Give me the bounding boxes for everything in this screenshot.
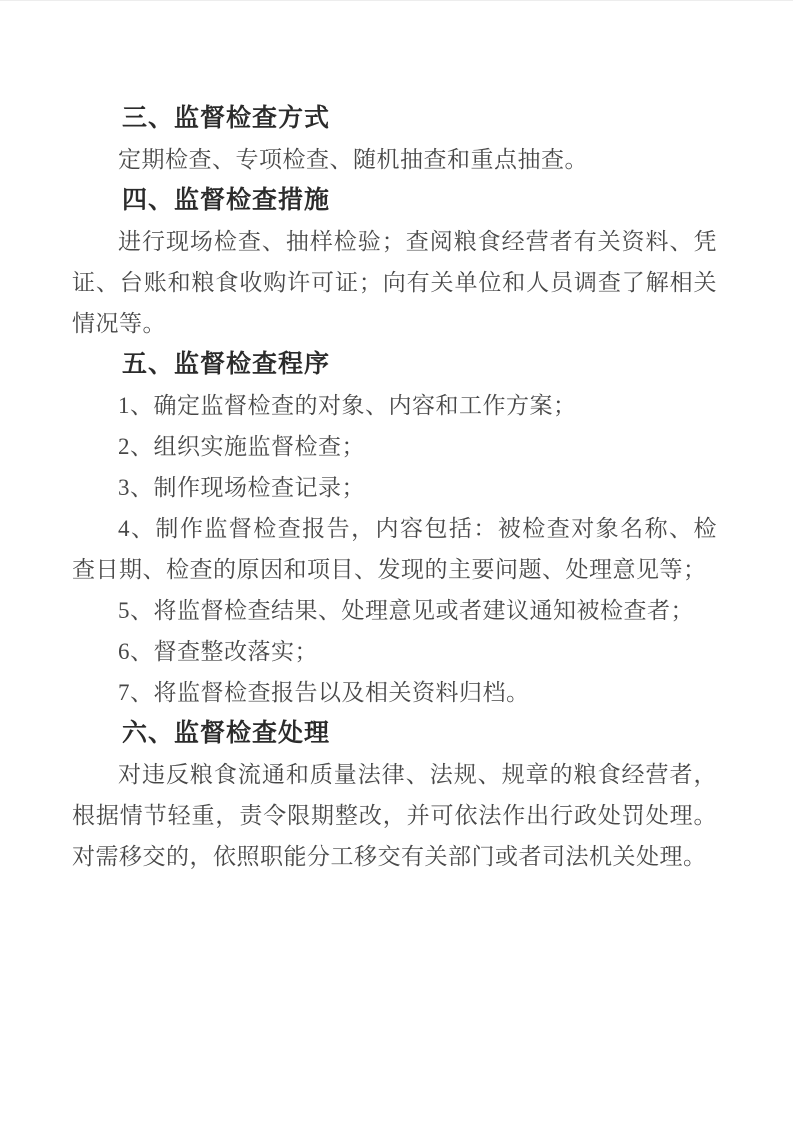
procedure-step-3: 3、制作现场检查记录； <box>72 467 717 508</box>
section-heading-inspection-measures: 四、监督检查措施 <box>72 180 717 221</box>
section-heading-inspection-handling: 六、监督检查处理 <box>72 713 717 754</box>
procedure-step-7: 7、将监督检查报告以及相关资料归档。 <box>72 672 717 713</box>
document-page: 三、监督检查方式 定期检查、专项检查、随机抽查和重点抽查。 四、监督检查措施 进… <box>0 0 793 1122</box>
procedure-step-6: 6、督查整改落实； <box>72 631 717 672</box>
section-heading-inspection-methods: 三、监督检查方式 <box>72 98 717 139</box>
paragraph-inspection-measures: 进行现场检查、抽样检验；查阅粮食经营者有关资料、凭证、台账和粮食收购许可证；向有… <box>72 221 717 344</box>
procedure-step-2: 2、组织实施监督检查； <box>72 426 717 467</box>
procedure-step-4: 4、制作监督检查报告，内容包括：被检查对象名称、检查日期、检查的原因和项目、发现… <box>72 508 717 590</box>
document-content: 三、监督检查方式 定期检查、专项检查、随机抽查和重点抽查。 四、监督检查措施 进… <box>0 1 793 877</box>
paragraph-inspection-handling: 对违反粮食流通和质量法律、法规、规章的粮食经营者，根据情节轻重，责令限期整改，并… <box>72 754 717 877</box>
procedure-step-5: 5、将监督检查结果、处理意见或者建议通知被检查者； <box>72 590 717 631</box>
procedure-step-1: 1、确定监督检查的对象、内容和工作方案； <box>72 385 717 426</box>
paragraph-inspection-methods: 定期检查、专项检查、随机抽查和重点抽查。 <box>72 139 717 180</box>
section-heading-inspection-procedure: 五、监督检查程序 <box>72 344 717 385</box>
